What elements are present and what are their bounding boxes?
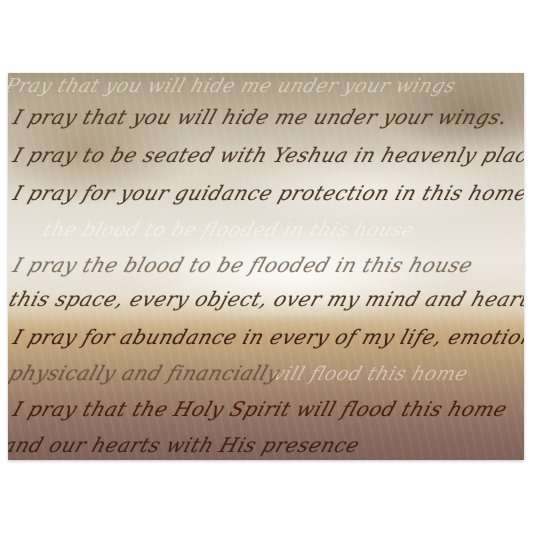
ghost-line: the blood to be flooded in this house [40, 219, 417, 241]
prayer-line: I pray that you will hide me under your … [10, 105, 511, 129]
prayer-line: I pray that the Holy Spirit will flood t… [10, 397, 511, 421]
prayer-line: physically and financially [8, 361, 283, 385]
artwork-canvas: Pray that you will hide me under your wi… [8, 73, 524, 460]
ghost-line: Pray that you will hide me under your wi… [8, 75, 459, 97]
prayer-line: I pray the blood to be flooded in this h… [10, 253, 476, 277]
prayer-line: I pray for your guidance protection in t… [10, 181, 524, 205]
prayer-line: and our hearts with His presence [8, 433, 363, 457]
prayer-line: this space, every object, over my mind a… [8, 287, 524, 311]
prayer-line: I pray for abundance in every of my life… [10, 325, 524, 349]
ghost-line: will flood this home [264, 363, 471, 385]
prayer-line: I pray to be seated with Yeshua in heave… [10, 143, 524, 167]
